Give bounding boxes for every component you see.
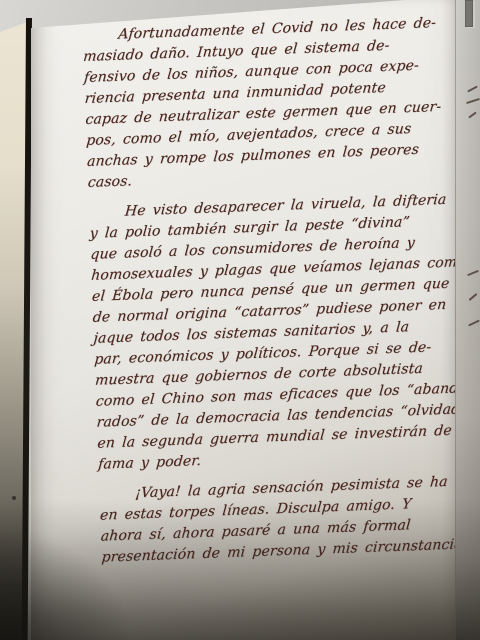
paragraph: ¡Vaya! la agria sensación pesimista se h…	[99, 470, 480, 569]
paragraph: Afortunadamente el Covid no les hace de-…	[82, 11, 480, 194]
letter-page: Afortunadamente el Covid no les hace de-…	[31, 0, 456, 640]
letter-body: Afortunadamente el Covid no les hace de-…	[82, 11, 480, 568]
paragraph: He visto desaparecer la viruela, la dift…	[88, 188, 480, 476]
paper-clip-edge	[465, 0, 473, 27]
photo-scene: Afortunadamente el Covid no les hace de-…	[0, 0, 480, 640]
ink-speck	[12, 496, 16, 500]
